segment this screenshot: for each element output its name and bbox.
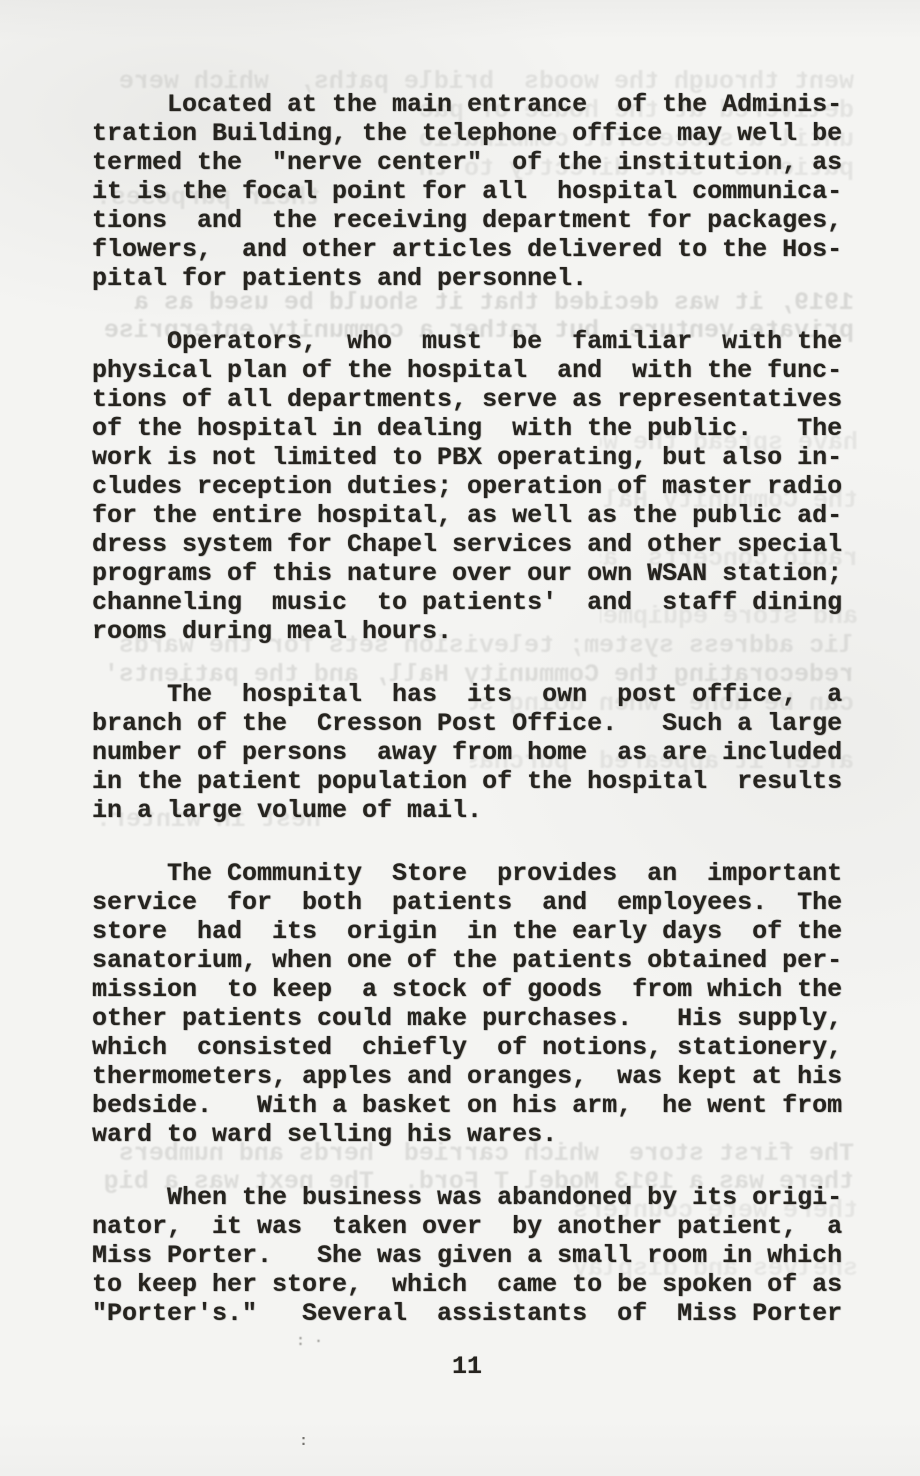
text-line: termed the "nerve center" of the institu… <box>92 148 850 177</box>
text-line: sanatorium, when one of the patients obt… <box>92 946 850 975</box>
text-line: physical plan of the hospital and with t… <box>92 356 850 385</box>
scan-speck: : <box>299 1436 308 1448</box>
text-line: Operators, who must be familiar with the <box>92 327 850 356</box>
paragraph-miss-porter: When the business was abandoned by its o… <box>92 1183 850 1328</box>
text-line: Located at the main entrance of the Admi… <box>92 90 850 119</box>
text-line: of the hospital in dealing with the publ… <box>92 414 850 443</box>
text-line: nator, it was taken over by another pati… <box>92 1212 850 1241</box>
text-line: The Community Store provides an importan… <box>92 859 850 888</box>
text-line: tration Building, the telephone office m… <box>92 119 850 148</box>
text-line: tions and the receiving department for p… <box>92 206 850 235</box>
text-line: thermometers, apples and oranges, was ke… <box>92 1062 850 1091</box>
text-line: rooms during meal hours. <box>92 617 850 646</box>
text-line: channeling music to patients' and staff … <box>92 588 850 617</box>
text-line: to keep her store, which came to be spok… <box>92 1270 850 1299</box>
text-line: dress system for Chapel services and oth… <box>92 530 850 559</box>
paragraph-community-store: The Community Store provides an importan… <box>92 859 850 1149</box>
page-number: 11 <box>92 1352 842 1381</box>
text-line: mission to keep a stock of goods from wh… <box>92 975 850 1004</box>
text-line: pital for patients and personnel. <box>92 264 850 293</box>
typewritten-text-block: Located at the main entrance of the Admi… <box>92 90 850 1362</box>
text-line: service for both patients and employees.… <box>92 888 850 917</box>
text-line: The hospital has its own post office, a <box>92 680 850 709</box>
scanned-document-page: went through the woods bridle paths, whi… <box>0 0 920 1476</box>
text-line: it is the focal point for all hospital c… <box>92 177 850 206</box>
paragraph-post-office: The hospital has its own post office, a … <box>92 680 850 825</box>
text-line: other patients could make purchases. His… <box>92 1004 850 1033</box>
text-line: When the business was abandoned by its o… <box>92 1183 850 1212</box>
paragraph-operators: Operators, who must be familiar with the… <box>92 327 850 646</box>
text-line: ward to ward selling his wares. <box>92 1120 850 1149</box>
text-line: number of persons away from home as are … <box>92 738 850 767</box>
text-line: store had its origin in the early days o… <box>92 917 850 946</box>
paragraph-telephone-office: Located at the main entrance of the Admi… <box>92 90 850 293</box>
text-line: bedside. With a basket on his arm, he we… <box>92 1091 850 1120</box>
text-line: tions of all departments, serve as repre… <box>92 385 850 414</box>
text-line: for the entire hospital, as well as the … <box>92 501 850 530</box>
text-line: "Porter's." Several assistants of Miss P… <box>92 1299 850 1328</box>
text-line: in a large volume of mail. <box>92 796 850 825</box>
text-line: Miss Porter. She was given a small room … <box>92 1241 850 1270</box>
text-line: flowers, and other articles delivered to… <box>92 235 850 264</box>
text-line: branch of the Cresson Post Office. Such … <box>92 709 850 738</box>
text-line: work is not limited to PBX operating, bu… <box>92 443 850 472</box>
text-line: which consisted chiefly of notions, stat… <box>92 1033 850 1062</box>
text-line: cludes reception duties; operation of ma… <box>92 472 850 501</box>
text-line: programs of this nature over our own WSA… <box>92 559 850 588</box>
text-line: in the patient population of the hospita… <box>92 767 850 796</box>
